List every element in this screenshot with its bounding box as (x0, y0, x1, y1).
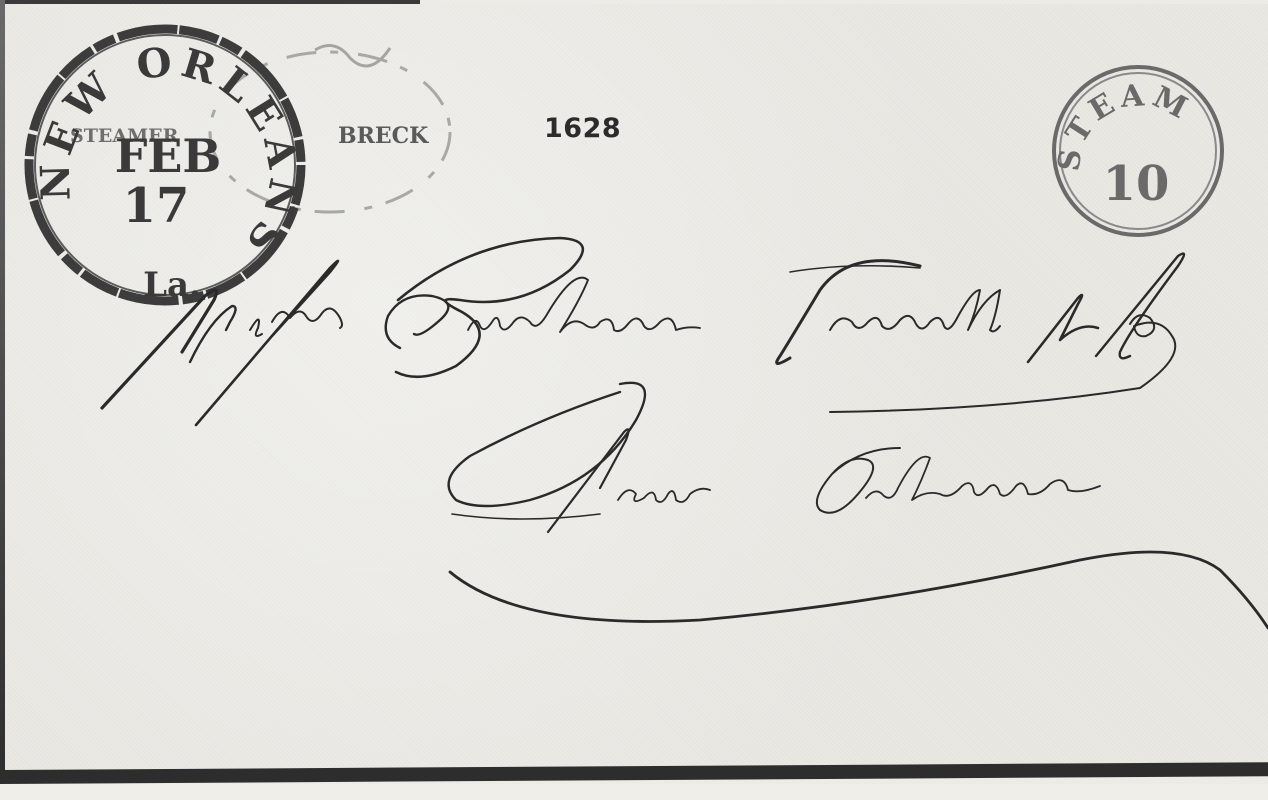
address-line-1 (102, 238, 1184, 425)
handwritten-address: Messrs Buchanan Carroll & Co (0, 0, 1268, 800)
address-line-2 (449, 383, 1268, 628)
scanned-cover-image: STEAMER BRECK NEW ORLEANS FEB 17 La. STE… (0, 0, 1268, 800)
